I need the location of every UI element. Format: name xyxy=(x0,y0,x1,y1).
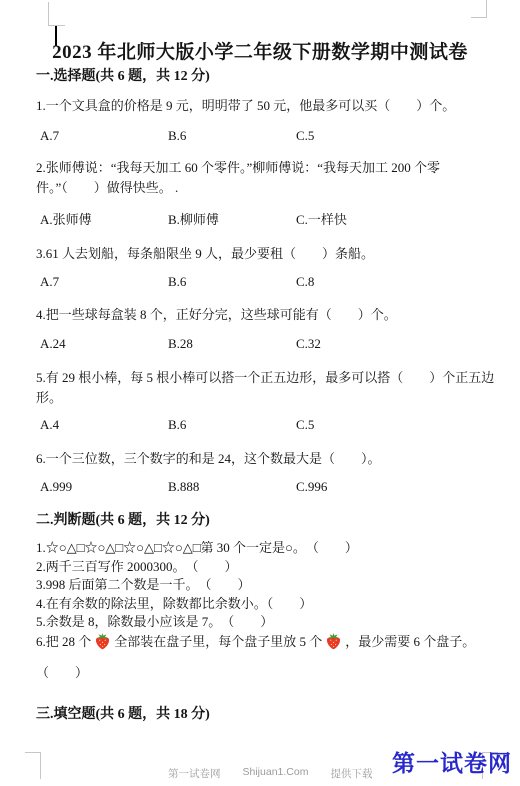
judgment-item-6-text: 全部装在盘子里，每个盘子里放 5 个 xyxy=(114,634,322,649)
option-a: A.24 xyxy=(40,336,168,352)
section-heading-fill: 三.填空题(共 6 题，共 18 分) xyxy=(36,703,210,723)
option-b: B.28 xyxy=(168,336,296,352)
options-row-4: A.24 B.28 C.32 xyxy=(40,336,502,352)
options-row-1: A.7 B.6 C.5 xyxy=(40,128,502,144)
crop-mark-top-left xyxy=(48,2,65,26)
document-page[interactable]: 2023 年北师大版小学二年级下册数学期中测试卷 一.选择题(共 6 题，共 1… xyxy=(0,0,520,786)
option-c: C.32 xyxy=(296,336,502,352)
crop-mark-bottom-left xyxy=(25,752,41,779)
question-text-3: 3.61 人去划船，每条船限坐 9 人，最少要租（ ）条船。 xyxy=(36,244,502,264)
option-a: A.999 xyxy=(40,479,168,495)
judgment-item-6-text: 6.把 28 个 xyxy=(36,634,91,649)
judgment-item-6-text: ，最少需要 6 个盘子。 xyxy=(345,634,475,649)
question-text-2: 2.张师傅说：“我每天加工 60 个零件。”柳师傅说：“我每天加工 200 个零… xyxy=(36,158,502,197)
judgment-item-4: 4.在有余数的除法里，除数都比余数小。（ ） xyxy=(36,595,506,614)
watermark-logo: 第一试卷网 xyxy=(392,745,512,778)
question-text-4: 4.把一些球每盒装 8 个，正好分完，这些球可能有（ ）个。 xyxy=(36,305,502,325)
question-text-5: 5.有 29 根小棒，每 5 根小棒可以搭一个正五边形，最多可以搭（ ）个正五边… xyxy=(36,368,502,407)
judgment-item-2: 2.两千三百写作 2000300。 （ ） xyxy=(36,558,506,577)
question-text-1: 1.一个文具盒的价格是 9 元，明明带了 50 元，他最多可以买（ ）个。 xyxy=(36,96,502,116)
option-c: C.一样快 xyxy=(296,209,502,228)
option-a: A.7 xyxy=(40,274,168,290)
option-a: A.张师傅 xyxy=(40,209,168,228)
options-row-3: A.7 B.6 C.8 xyxy=(40,274,502,290)
option-c: C.5 xyxy=(296,417,502,433)
options-row-6: A.999 B.888 C.996 xyxy=(40,479,502,495)
option-b: B.柳师傅 xyxy=(168,209,296,228)
strawberry-icon xyxy=(325,632,342,650)
option-b: B.6 xyxy=(168,128,296,144)
question-text-6: 6.一个三位数，三个数字的和是 24，这个数最大是（ ）。 xyxy=(36,449,502,469)
strawberry-icon xyxy=(94,632,111,650)
section-heading-choice: 一.选择题(共 6 题，共 12 分) xyxy=(36,65,210,85)
footer: 第一试卷网 Shijuan1.Com 提供下载 xyxy=(168,766,372,781)
judgment-item-5: 5.余数是 8，除数最小应该是 7。 （ ） xyxy=(36,613,506,632)
option-b: B.6 xyxy=(168,417,296,433)
page-title: 2023 年北师大版小学二年级下册数学期中测试卷 xyxy=(0,37,520,64)
footer-site-name: 第一试卷网 xyxy=(168,766,221,781)
option-a: A.7 xyxy=(40,128,168,144)
crop-mark-top-right xyxy=(471,0,487,18)
judgment-item-3: 3.998 后面第二个数是一千。 （ ） xyxy=(36,576,506,595)
footer-download-note: 提供下载 xyxy=(330,766,372,781)
answer-blank: （ ） xyxy=(36,664,506,683)
option-c: C.996 xyxy=(296,479,502,495)
option-c: C.8 xyxy=(296,274,502,290)
option-c: C.5 xyxy=(296,128,502,144)
option-a: A.4 xyxy=(40,417,168,433)
options-row-5: A.4 B.6 C.5 xyxy=(40,417,502,433)
options-row-2: A.张师傅 B.柳师傅 C.一样快 xyxy=(40,209,502,228)
section-heading-judgment: 二.判断题(共 6 题，共 12 分) xyxy=(36,509,210,529)
footer-site-url: Shijuan1.Com xyxy=(243,766,309,781)
judgment-item-1: 1.☆○△□☆○△□☆○△□☆○△□第 30 个一定是○。 （ ） xyxy=(36,539,506,558)
option-b: B.888 xyxy=(168,479,296,495)
judgment-item-6: 6.把 28 个全部装在盘子里，每个盘子里放 5 个，最少需要 6 个盘子。 xyxy=(36,632,506,652)
option-b: B.6 xyxy=(168,274,296,290)
judgment-list: 1.☆○△□☆○△□☆○△□☆○△□第 30 个一定是○。 （ ） 2.两千三百… xyxy=(36,539,506,682)
